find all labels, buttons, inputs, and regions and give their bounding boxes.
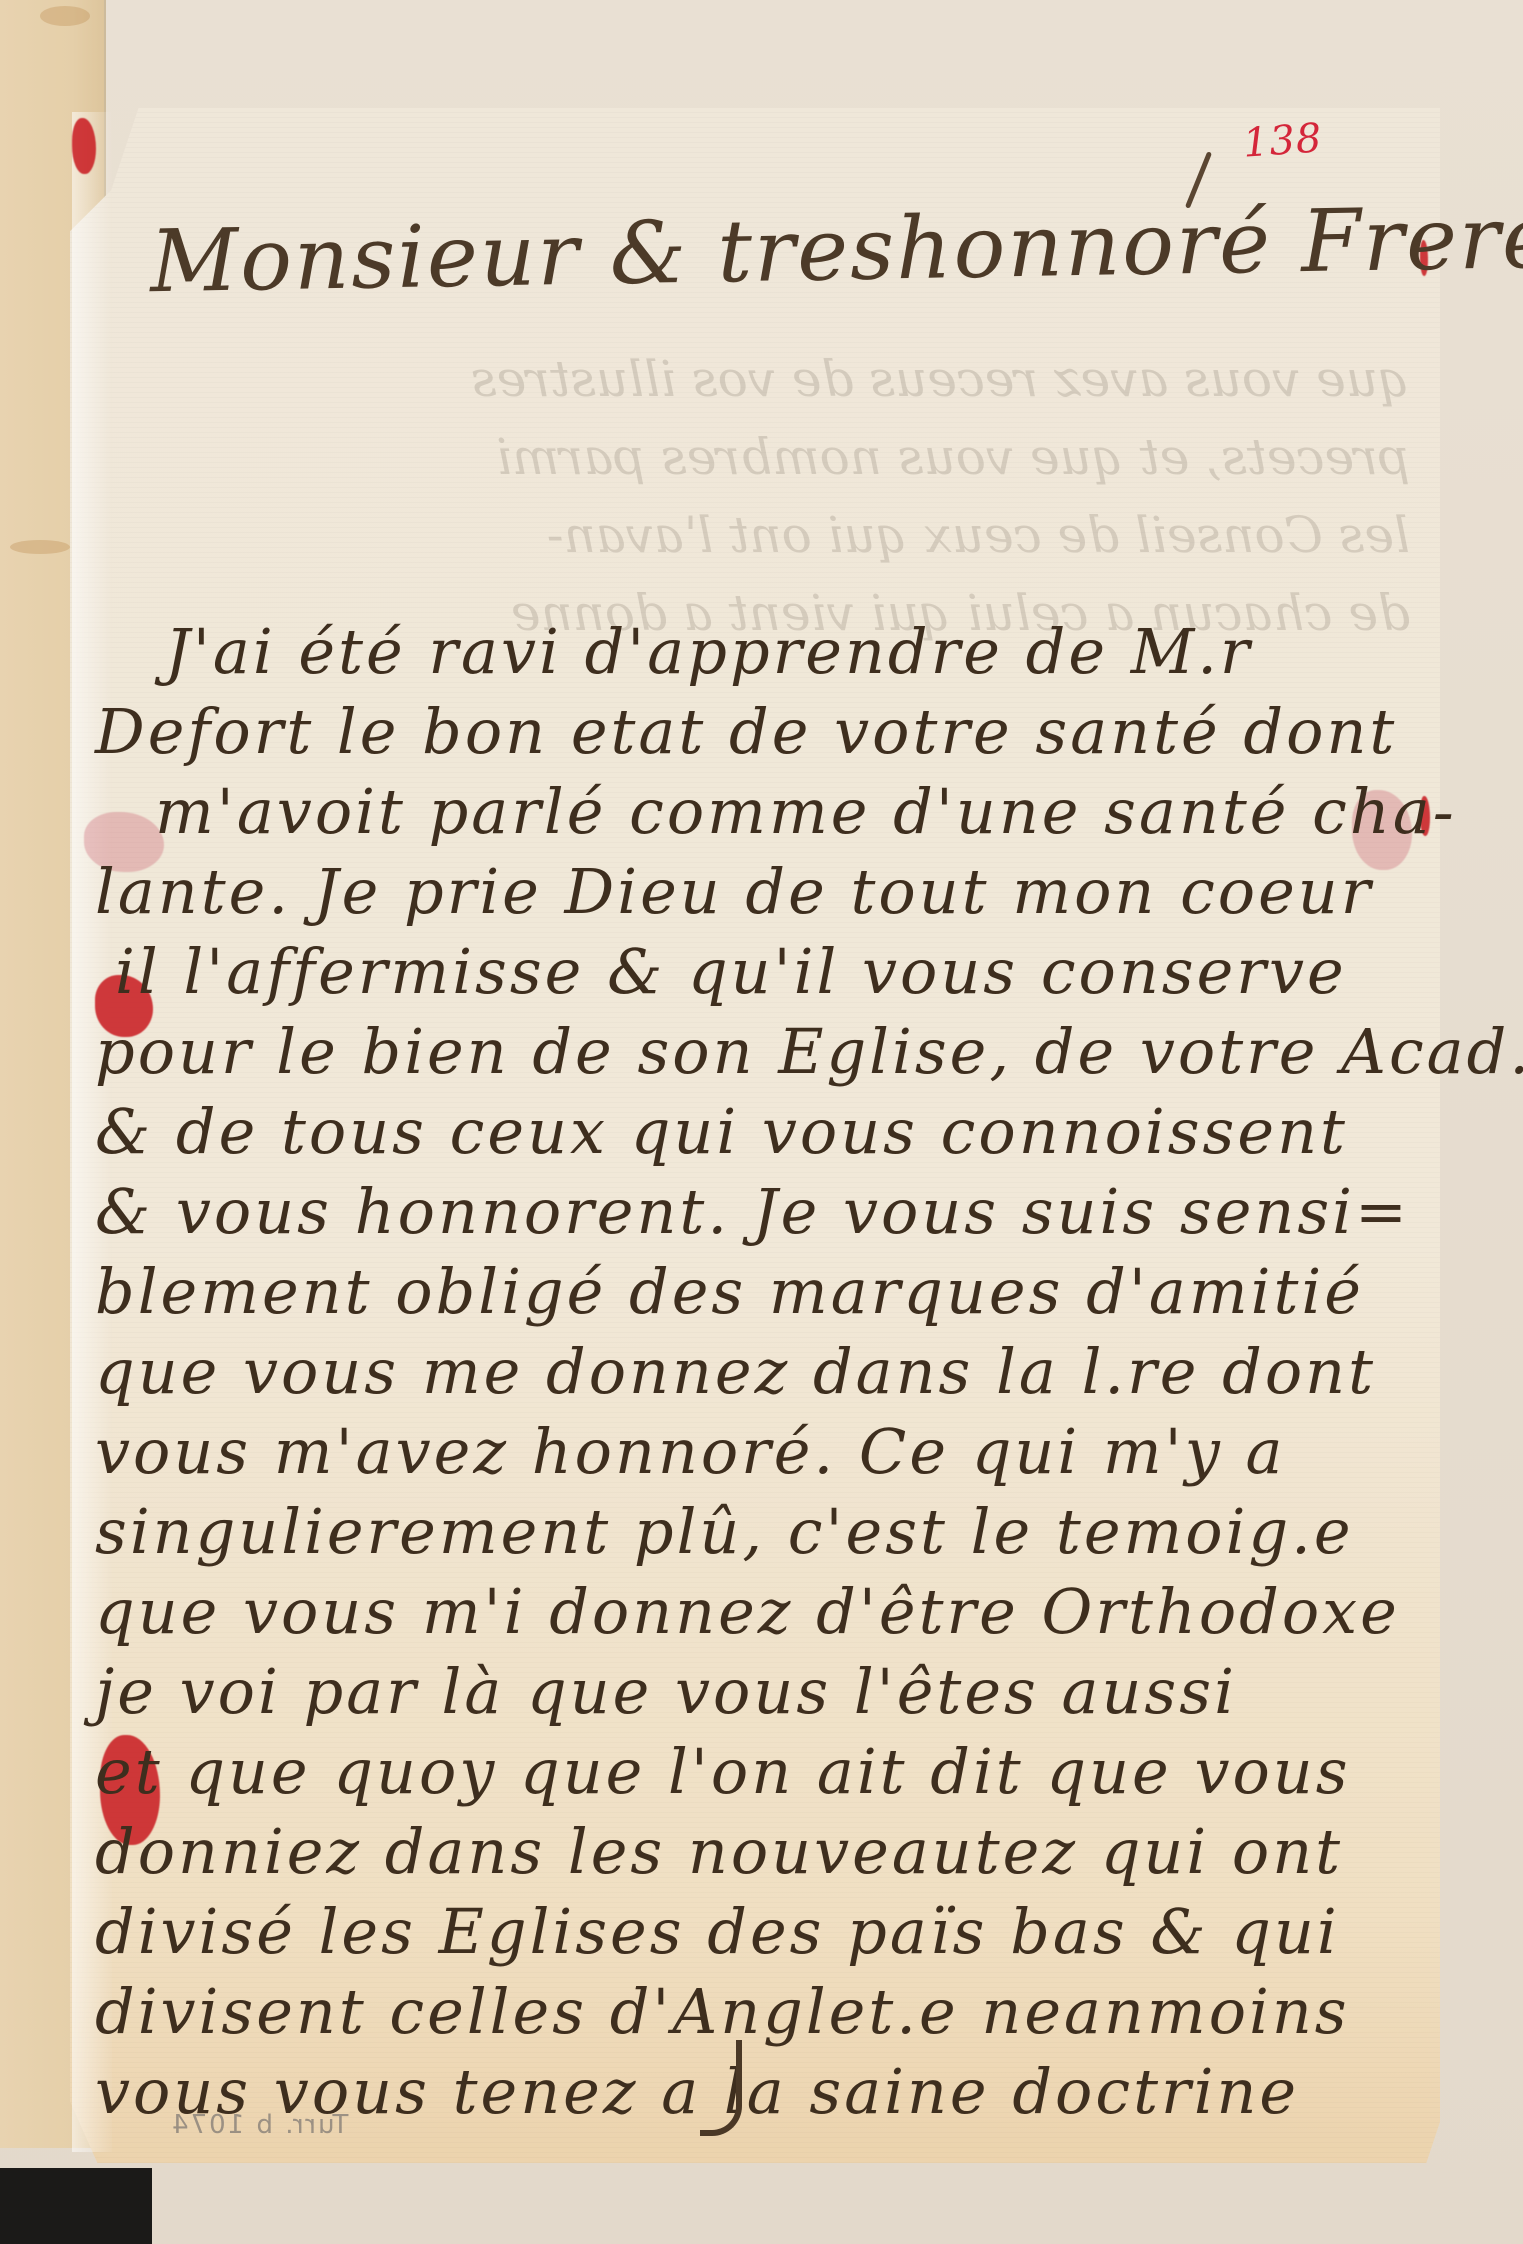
pencil-annotation: Turr. b 1074 <box>170 2110 348 2140</box>
letter-line: pour le bien de son Eglise, de votre Aca… <box>95 1012 1435 1092</box>
bleed-through-line: que vous avez receus de vos illustres <box>230 340 1410 418</box>
letter-line: Defort le bon etat de votre santé dont <box>95 692 1435 772</box>
letter-line: m'avoit parlé comme d'une santé cha- <box>95 772 1435 852</box>
letter-body: J'ai été ravi d'apprendre de M.r Defort … <box>95 612 1435 2132</box>
letter-line: blement obligé des marques d'amitié <box>95 1252 1435 1332</box>
bleed-through-line: les Conseil de ceux qui ont l'avan- <box>230 496 1410 574</box>
ink-descender-stroke <box>700 2040 742 2136</box>
letter-line: et que quoy que l'on ait dit que vous <box>95 1732 1435 1812</box>
letter-line: que vous me donnez dans la l.re dont <box>95 1332 1435 1412</box>
letter-line: & vous honnorent. Je vous suis sensi= <box>95 1172 1435 1252</box>
letter-line: & de tous ceux qui vous connoissent <box>95 1092 1435 1172</box>
bleed-through-text: que vous avez receus de vos illustres pr… <box>230 340 1410 652</box>
letter-line: divisé les Eglises des païs bas & qui <box>95 1892 1435 1972</box>
bleed-through-line: precets, et que vous nombres parmi <box>230 418 1410 496</box>
foxing-spot <box>10 540 70 554</box>
folio-number: 138 <box>1241 115 1323 166</box>
letter-line: je voi par là que vous l'êtes aussi <box>95 1652 1435 1732</box>
letter-line: divisent celles d'Anglet.e neanmoins <box>95 1972 1435 2052</box>
binding-cloth <box>0 2168 152 2244</box>
foxing-spot <box>40 6 90 26</box>
letter-line: J'ai été ravi d'apprendre de M.r <box>95 612 1435 692</box>
letter-line: singulierement plû, c'est le temoig.e <box>95 1492 1435 1572</box>
letter-line: que vous m'i donnez d'être Orthodoxe <box>95 1572 1435 1652</box>
letter-line: il l'affermisse & qu'il vous conserve <box>95 932 1435 1012</box>
letter-line: lante. Je prie Dieu de tout mon coeur <box>95 852 1435 932</box>
letter-line: vous m'avez honnoré. Ce qui m'y a <box>95 1412 1435 1492</box>
letter-line: donniez dans les nouveautez qui ont <box>95 1812 1435 1892</box>
